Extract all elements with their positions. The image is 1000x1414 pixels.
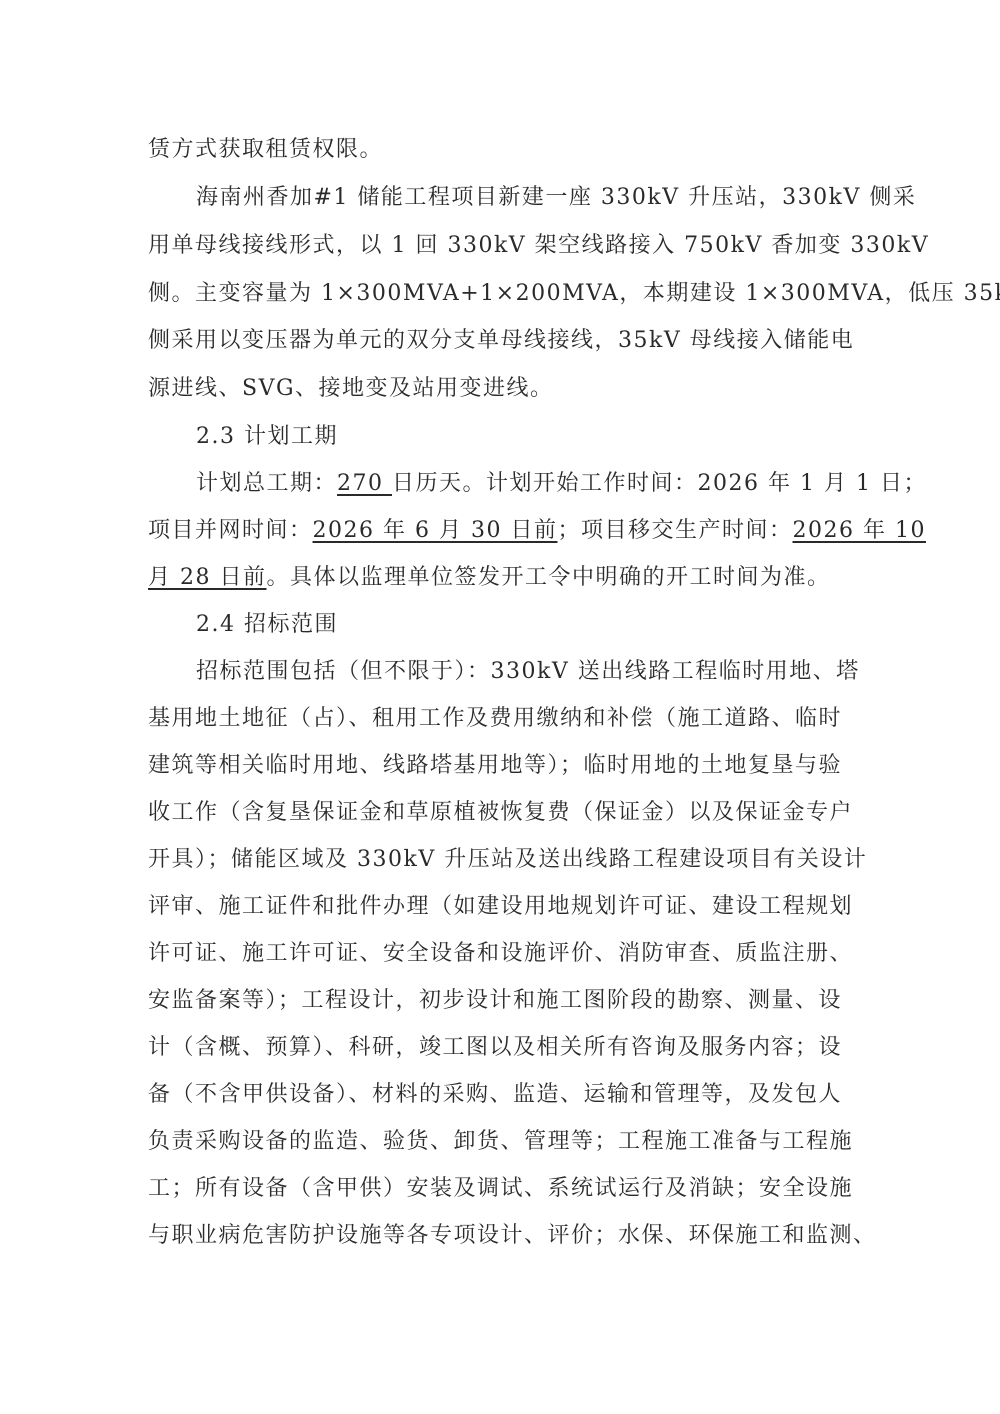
schedule-line-3: 月 28 日前。具体以监理单位签发开工令中明确的开工时间为准。	[148, 563, 868, 593]
scope-line: 备（不含甲供设备）、材料的采购、监造、运输和管理等，及发包人	[148, 1080, 868, 1110]
label-grid-connection: 项目并网时间：	[148, 518, 313, 543]
schedule-line-2: 项目并网时间：2026 年 6 月 30 日前；项目移交生产时间：2026 年 …	[148, 516, 868, 546]
scope-line: 安监备案等）；工程设计，初步设计和施工图阶段的勘察、测量、设	[148, 986, 868, 1016]
scope-line: 评审、施工证件和批件办理（如建设用地规划许可证、建设工程规划	[148, 892, 868, 922]
start-date-text: 日历天。计划开始工作时间：2026 年 1 月 1 日；	[392, 471, 927, 496]
schedule-note: 。具体以监理单位签发开工令中明确的开工时间为准。	[266, 565, 830, 590]
scope-line: 招标范围包括（但不限于）：330kV 送出线路工程临时用地、塔	[196, 657, 916, 687]
text-line: 侧采用以变压器为单元的双分支单母线接线，35kV 母线接入储能电	[148, 326, 868, 356]
scope-line: 收工作（含复垦保证金和草原植被恢复费（保证金）以及保证金专户	[148, 798, 868, 828]
text-line: 用单母线接线形式，以 1 回 330kV 架空线路接入 750kV 香加变 33…	[148, 231, 868, 261]
scope-line: 负责采购设备的监造、验货、卸货、管理等；工程施工准备与工程施	[148, 1127, 868, 1157]
scope-line: 基用地土地征（占）、租用工作及费用缴纳和补偿（施工道路、临时	[148, 704, 868, 734]
section-heading-2-4: 2.4 招标范围	[196, 610, 916, 640]
scope-line: 计（含概、预算）、科研，竣工图以及相关所有咨询及服务内容；设	[148, 1033, 868, 1063]
text-line: 侧。主变容量为 1×300MVA+1×200MVA，本期建设 1×300MVA，…	[148, 279, 868, 309]
label-handover: ；项目移交生产时间：	[557, 518, 792, 543]
paragraph-start: 海南州香加#1 储能工程项目新建一座 330kV 升压站，330kV 侧采	[196, 183, 916, 213]
scope-line: 建筑等相关临时用地、线路塔基用地等）；临时用地的土地复垦与验	[148, 751, 868, 781]
schedule-line-1: 计划总工期：270 日历天。计划开始工作时间：2026 年 1 月 1 日；	[196, 469, 916, 499]
text-line: 源进线、SVG、接地变及站用变进线。	[148, 374, 868, 404]
total-duration-value: 270	[337, 471, 392, 496]
section-heading-2-3: 2.3 计划工期	[196, 422, 916, 452]
scope-line: 工；所有设备（含甲供）安装及调试、系统试运行及消缺；安全设施	[148, 1174, 868, 1204]
scope-line: 与职业病危害防护设施等各专项设计、评价；水保、环保施工和监测、	[148, 1221, 868, 1251]
text-line: 赁方式获取租赁权限。	[148, 135, 868, 165]
scope-line: 许可证、施工许可证、安全设备和设施评价、消防审查、质监注册、	[148, 939, 868, 969]
handover-date-part2: 月 28 日前	[148, 565, 266, 590]
document-page: 赁方式获取租赁权限。 海南州香加#1 储能工程项目新建一座 330kV 升压站，…	[0, 0, 1000, 1414]
grid-connection-date: 2026 年 6 月 30 日前	[313, 518, 558, 543]
scope-line: 开具）；储能区域及 330kV 升压站及送出线路工程建设项目有关设计	[148, 845, 868, 875]
handover-date-part1: 2026 年 10	[792, 518, 925, 543]
label-total-duration: 计划总工期：	[196, 471, 337, 496]
